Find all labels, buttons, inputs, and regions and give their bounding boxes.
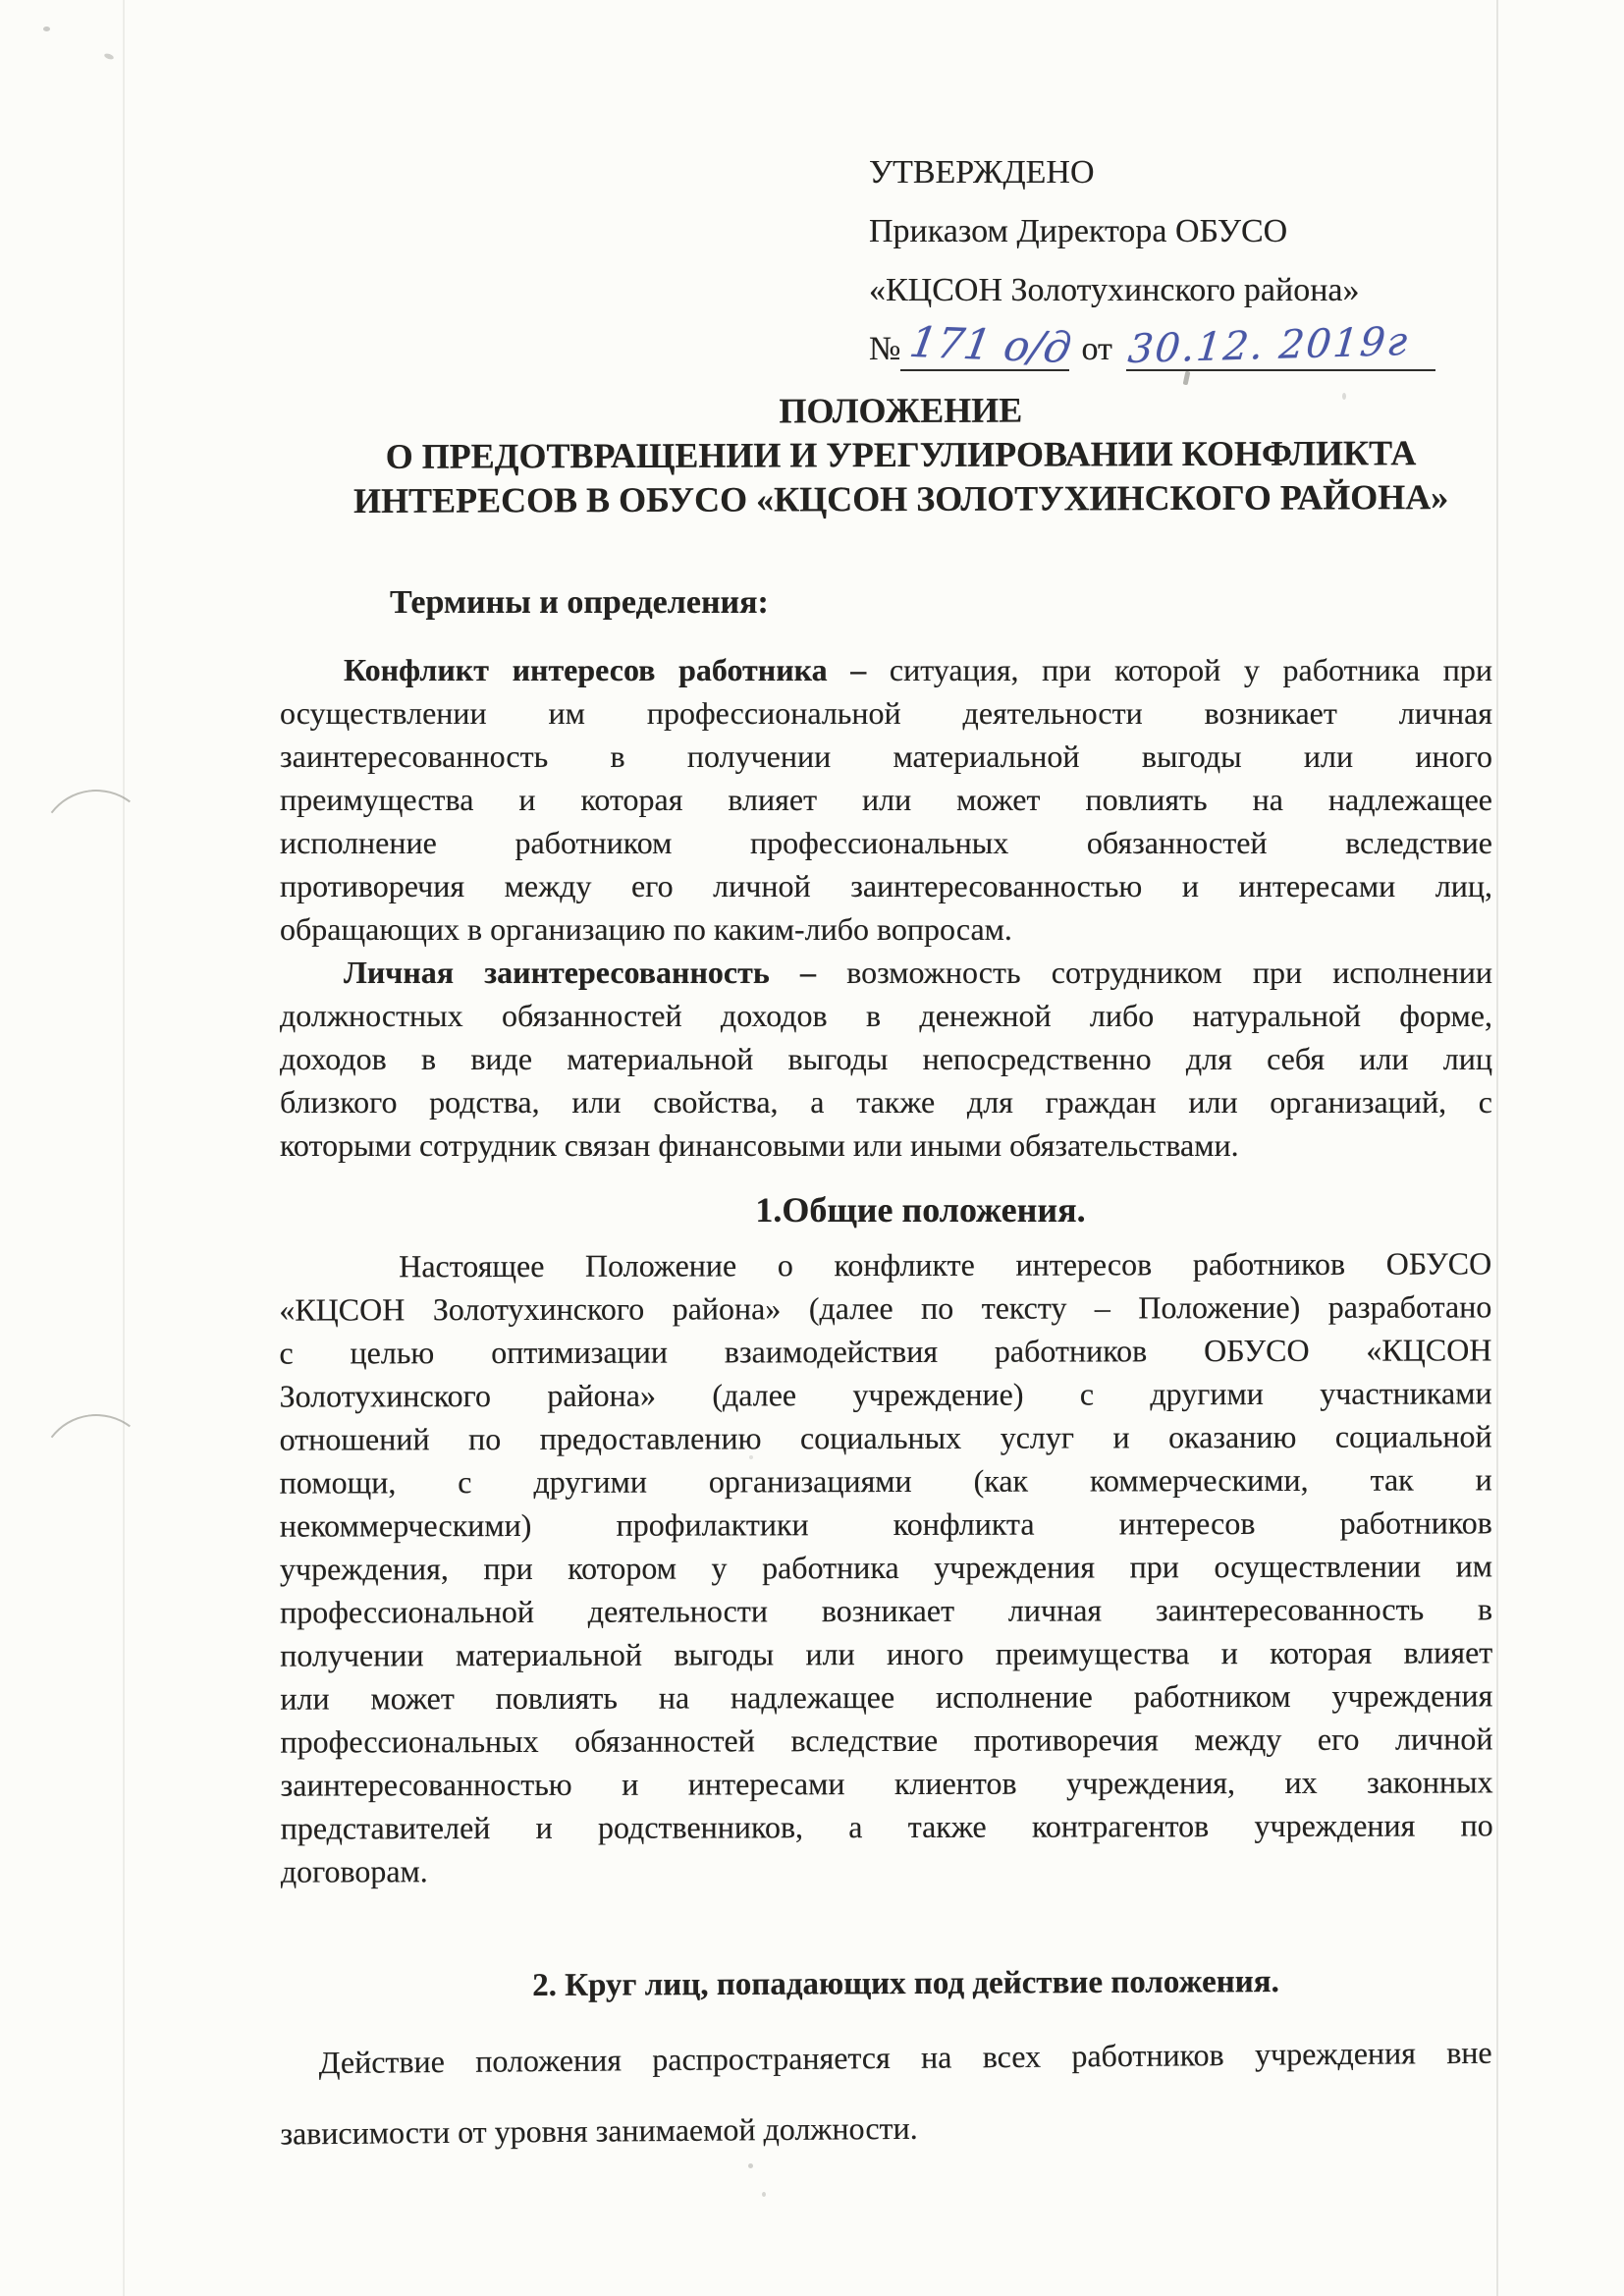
terms-heading: Термины и определения: bbox=[280, 581, 1602, 625]
text-line: Конфликт интересов работника – ситуация,… bbox=[280, 648, 1492, 691]
text-line: получении материальной выгоды или иного … bbox=[280, 1630, 1492, 1676]
term-rest: ситуация, при которой у работника при bbox=[866, 652, 1492, 687]
text-line: заинтересованностью и интересами клиенто… bbox=[281, 1760, 1493, 1806]
handwritten-order-number: 171 о/д bbox=[906, 313, 1076, 378]
text-line: противоречия между его личной заинтересо… bbox=[280, 864, 1492, 907]
text-line: профессиональных обязанностей вследствие… bbox=[280, 1717, 1492, 1763]
date-underline: 30.12. 2019г bbox=[1126, 328, 1435, 371]
text-line: отношений по предоставлению социальных у… bbox=[280, 1414, 1492, 1460]
text-line: Настоящее Положение о конфликте интересо… bbox=[279, 1241, 1491, 1287]
number-sign: № bbox=[869, 331, 900, 367]
hole-punch-shadow-top bbox=[31, 782, 160, 910]
text-line: Золотухинского района» (далее учреждение… bbox=[279, 1371, 1491, 1417]
text-line: договорам. bbox=[281, 1846, 1493, 1892]
dust-speck bbox=[103, 52, 114, 60]
text-line: представителей и родственников, а также … bbox=[281, 1803, 1493, 1849]
from-word: от bbox=[1081, 331, 1111, 367]
text-line: преимущества и которая влияет или может … bbox=[280, 778, 1492, 821]
term-bold: Личная заинтересованность – bbox=[344, 955, 816, 990]
text-line: должностных обязанностей доходов в денеж… bbox=[280, 994, 1492, 1037]
title-line-2: О ПРЕДОТВРАЩЕНИИ И УРЕГУЛИРОВАНИИ КОНФЛИ… bbox=[295, 431, 1507, 479]
text-line: заинтересованность в получении материаль… bbox=[280, 735, 1492, 778]
text-line: или может повлиять на надлежащее исполне… bbox=[280, 1673, 1492, 1720]
text-line: осуществлении им профессиональной деятел… bbox=[280, 691, 1492, 735]
scan-fold-line-right bbox=[1496, 0, 1498, 2296]
document-title: ПОЛОЖЕНИЕ О ПРЕДОТВРАЩЕНИИ И УРЕГУЛИРОВА… bbox=[295, 387, 1507, 523]
approval-block: УТВЕРЖДЕНО Приказом Директора ОБУСО «КЦС… bbox=[869, 143, 1435, 379]
text-line: доходов в виде материальной выгоды непос… bbox=[280, 1037, 1492, 1080]
dust-speck bbox=[762, 2192, 766, 2197]
hole-punch-shadow-bottom bbox=[31, 1406, 160, 1535]
text-line: зависимости от уровня занимаемой должнос… bbox=[280, 2088, 1493, 2169]
paragraph-personal-interest-definition: Личная заинтересованность – возможность … bbox=[280, 951, 1492, 1167]
text-line: Действие положения распространяется на в… bbox=[279, 2017, 1492, 2099]
title-line-1: ПОЛОЖЕНИЕ bbox=[295, 387, 1507, 435]
text-line: некоммерческими) профилактики конфликта … bbox=[280, 1501, 1492, 1547]
section2-heading: 2. Круг лиц, попадающих под действие пол… bbox=[299, 1959, 1512, 2008]
approval-approved-line: УТВЕРЖДЕНО bbox=[869, 143, 1435, 202]
approval-organization-line: «КЦСОН Золотухинского района» bbox=[869, 261, 1435, 320]
approval-number-date-line: №171 о/дот30.12. 2019г bbox=[869, 320, 1435, 379]
handwritten-date: 30.12. 2019г bbox=[1125, 312, 1412, 379]
text-line: исполнение работником профессиональных о… bbox=[280, 821, 1492, 864]
text-line: учреждения, при котором у работника учре… bbox=[280, 1544, 1492, 1590]
section1-heading: 1.Общие положения. bbox=[314, 1188, 1527, 1231]
text-line: которыми сотрудник связан финансовыми ил… bbox=[280, 1123, 1492, 1167]
scanned-document-page: УТВЕРЖДЕНО Приказом Директора ОБУСО «КЦС… bbox=[0, 0, 1624, 2296]
paragraph-scope: Действие положения распространяется на в… bbox=[279, 2017, 1492, 2169]
text-line: «КЦСОН Золотухинского района» (далее по … bbox=[279, 1285, 1491, 1331]
term-rest: возможность сотрудником при исполнении bbox=[816, 955, 1492, 990]
conflict-definition-lines: осуществлении им профессиональной деятел… bbox=[280, 691, 1492, 951]
approval-order-line: Приказом Директора ОБУСО bbox=[869, 202, 1435, 261]
text-line: профессиональной деятельности возникает … bbox=[280, 1587, 1492, 1633]
number-underline: 171 о/д bbox=[900, 328, 1069, 371]
paragraph-conflict-definition: Конфликт интересов работника – ситуация,… bbox=[280, 648, 1492, 951]
title-line-3: ИНТЕРЕСОВ В ОБУСО «КЦСОН ЗОЛОТУХИНСКОГО … bbox=[295, 475, 1507, 523]
text-line: близкого родства, или свойства, а также … bbox=[280, 1080, 1492, 1123]
text-line: Личная заинтересованность – возможность … bbox=[280, 951, 1492, 994]
personal-definition-lines: должностных обязанностей доходов в денеж… bbox=[280, 994, 1492, 1167]
text-line: с целью оптимизации взаимодействия работ… bbox=[279, 1328, 1491, 1374]
text-line: помощи, с другими организациями (как ком… bbox=[280, 1457, 1492, 1503]
dust-speck bbox=[43, 27, 50, 31]
paragraph-general-provisions: Настоящее Положение о конфликте интересо… bbox=[279, 1241, 1493, 1892]
text-line: обращающих в организацию по каким-либо в… bbox=[280, 907, 1492, 951]
term-bold: Конфликт интересов работника – bbox=[344, 652, 866, 687]
general-provisions-lines: «КЦСОН Золотухинского района» (далее по … bbox=[279, 1285, 1493, 1892]
scan-fold-line-left bbox=[123, 0, 125, 2296]
